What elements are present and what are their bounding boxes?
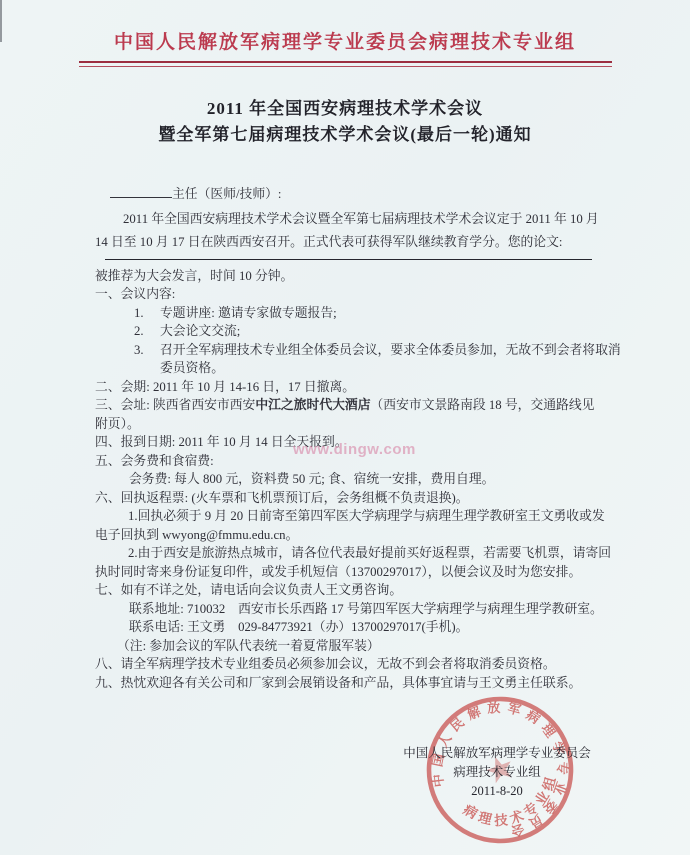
signature-date: 2011-8-20 <box>392 782 602 801</box>
paper-title-blank-line <box>105 254 592 260</box>
item-1-sub-1: 1.专题讲座: 邀请专家做专题报告; <box>95 304 592 323</box>
item-3-pre: 三、会址: 陕西省西安市西安 <box>95 398 255 412</box>
intro-line-2: 14 日至 10 月 17 日在陕西西安召开。正式代表可获得军队继续教育学分。您… <box>95 231 592 254</box>
item-6: 六、回执返程票: (火车票和飞机票预订后，会务组概不负责退换)。 <box>95 489 592 508</box>
sub-number: 3. <box>134 341 144 360</box>
notice-title: 2011 年全国西安病理技术学术会议 暨全军第七届病理技术学术会议(最后一轮)通… <box>0 96 690 148</box>
item-3: 三、会址: 陕西省西安市西安中江之旅时代大酒店（西安市文景路南段 18 号，交通… <box>95 396 592 415</box>
item-7-note: （注: 参加会议的军队代表统一着夏常服军装） <box>95 637 592 656</box>
item-5-fee-line: 会务费: 每人 800 元，资料费 50 元; 食、宿统一安排，费用自理。 <box>95 470 592 489</box>
item-1-heading: 一、会议内容: <box>95 285 592 304</box>
item-3-wrap: 附页）。 <box>95 415 592 434</box>
item-7: 七、如有不详之处，请电话向会议负责人王文勇咨询。 <box>95 581 592 600</box>
signature-org-line-2: 病理技术专业组 <box>392 763 602 782</box>
notice-body: 主任（医师/技师）: 2011 年全国西安病理技术学术会议暨全军第七届病理技术学… <box>95 184 592 692</box>
item-6-sub-1-wrap: 电子回执到 wwyong@fmmu.edu.cn。 <box>95 526 592 545</box>
sub-text: 大会论文交流; <box>160 324 240 338</box>
salutation-line: 主任（医师/技师）: <box>95 184 592 204</box>
sub-number: 1. <box>134 304 144 323</box>
item-6-sub-2: 2.由于西安是旅游热点城市，请各位代表最好提前买好返程票，若需要飞机票，请寄回 <box>95 544 592 563</box>
signature-org-line-1: 中国人民解放军病理学专业委员会 <box>392 744 602 763</box>
header-org-banner: 中国人民解放军病理学专业委员会病理技术专业组 <box>40 27 650 54</box>
salutation-text: 主任（医师/技师）: <box>172 187 282 201</box>
title-line-2: 暨全军第七届病理技术学术会议(最后一轮)通知 <box>0 122 690 148</box>
title-line-1: 2011 年全国西安病理技术学术会议 <box>0 96 690 122</box>
recommend-line: 被推荐为大会发言，时间 10 分钟。 <box>95 267 592 286</box>
item-6-sub-2-wrap: 执时同时寄来身份证复印件，或发手机短信（13700297017），以便会议及时为… <box>95 563 592 582</box>
item-1-sub-3-wrap: 委员资格。 <box>95 359 592 378</box>
item-8: 八、请全军病理学技术专业组委员必须参加会议，无故不到会者将取消委员资格。 <box>95 655 592 674</box>
item-1-sub-2: 2.大会论文交流; <box>95 322 592 341</box>
watermark-text: www.dingw.com <box>293 441 416 458</box>
intro-line-1: 2011 年全国西安病理技术学术会议暨全军第七届病理技术学术会议定于 2011 … <box>95 208 592 231</box>
scan-edge-artifact <box>0 0 2 42</box>
sub-text: 专题讲座: 邀请专家做专题报告; <box>160 306 337 320</box>
sub-text: 召开全军病理技术专业组全体委员会议，要求全体委员参加，无故不到会者将取消 <box>160 343 621 357</box>
intro-paragraph: 2011 年全国西安病理技术学术会议暨全军第七届病理技术学术会议定于 2011 … <box>95 208 592 254</box>
recipient-name-blank <box>110 184 172 198</box>
header-divider-double-rule <box>79 61 612 67</box>
item-6-sub-1: 1.回执必须于 9 月 20 日前寄至第四军医大学病理学与病理生理学教研室王文勇… <box>95 507 592 526</box>
signature-block: 中国人民解放军病理学专业委员会 病理技术专业组 2011-8-20 <box>392 744 602 801</box>
item-1-sub-3: 3.召开全军病理技术专业组全体委员会议，要求全体委员参加，无故不到会者将取消 <box>95 341 592 360</box>
item-3-hotel-name: 中江之旅时代大酒店 <box>255 398 370 412</box>
item-7-address: 联系地址: 710032 西安市长乐西路 17 号第四军医大学病理学与病理生理学… <box>95 600 592 619</box>
item-3-post: （西安市文景路南段 18 号，交通路线见 <box>371 398 595 412</box>
item-9: 九、热忱欢迎各有关公司和厂家到会展销设备和产品，具体事宜请与王文勇主任联系。 <box>95 674 592 693</box>
scanned-notice-page: 中国人民解放军病理学专业委员会病理技术专业组 2011 年全国西安病理技术学术会… <box>0 0 690 855</box>
item-2: 二、会期: 2011 年 10 月 14-16 日，17 日撤离。 <box>95 378 592 397</box>
sub-number: 2. <box>134 322 144 341</box>
item-7-phone: 联系电话: 王文勇 029-84773921（办）13700297017(手机)… <box>95 618 592 637</box>
